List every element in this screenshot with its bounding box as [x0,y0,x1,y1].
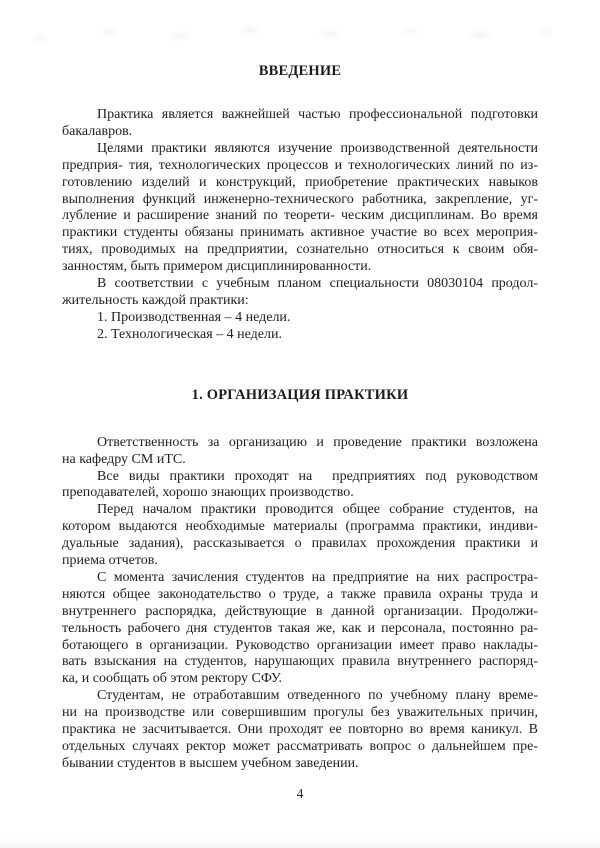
text-line: отдельных случаях ректор может рассматри… [62,739,538,756]
text-line: практика не засчитывается. Они проходят … [62,722,538,739]
paragraph: Студентам, не отработавшим отведенного п… [62,688,538,773]
text-line: жительность каждой практики: [62,293,538,310]
paragraph: Все виды практики проходят на предприяти… [62,469,538,503]
text-line: Все виды практики проходят на предприяти… [62,469,538,486]
text-line: практики студенты обязаны принимать акти… [62,225,538,242]
text-line: 2. Технологическая – 4 недели. [62,327,538,344]
text-line: тиях, проводимых на предприятии, сознате… [62,242,538,259]
page-number: 4 [0,786,600,802]
paragraph: В соответствии с учебным планом специаль… [62,276,538,310]
paragraph: С момента зачисления студентов на предпр… [62,570,538,688]
paragraph: 2. Технологическая – 4 недели. [62,327,538,344]
text-line: лубление и расширение знаний по теорети-… [62,208,538,225]
section: ВВЕДЕНИЕПрактика является важнейшей част… [62,62,538,344]
text-line: ка, и сообщать об этом ректору СФУ. [62,671,538,688]
text-line: котором выдаются необходимые материалы (… [62,519,538,536]
text-line: Студентам, не отработавшим отведенного п… [62,688,538,705]
text-line: няются общее законодательство о труде, а… [62,587,538,604]
text-line: преподавателей, хорошо знающих производс… [62,485,538,502]
text-line: 1. Производственная – 4 недели. [62,310,538,327]
text-line: готовлению изделий и конструкций, приобр… [62,175,538,192]
text-line: бывании студентов в высшем учебном завед… [62,756,538,773]
document-content: ВВЕДЕНИЕПрактика является важнейшей част… [62,0,538,773]
text-line: ни на производстве или совершившим прогу… [62,705,538,722]
text-line: ботающего в организации. Руководство орг… [62,638,538,655]
text-line: на кафедру СМ иТС. [62,452,538,469]
paragraph: 1. Производственная – 4 недели. [62,310,538,327]
text-line: внутреннего распорядка, действующие в да… [62,604,538,621]
text-line: занностям, быть примером дисциплинирован… [62,259,538,276]
text-line: Ответственность за организацию и проведе… [62,435,538,452]
text-line: Перед началом практики проводится общее … [62,502,538,519]
text-line: предприя- тия, технологических процессов… [62,158,538,175]
paragraph: Перед началом практики проводится общее … [62,502,538,570]
document-page: ВВЕДЕНИЕПрактика является важнейшей част… [0,0,600,848]
page-edge-shadow [0,838,600,848]
text-line: тельность рабочего дня студентов такая ж… [62,621,538,638]
section: 1. ОРГАНИЗАЦИЯ ПРАКТИКИОтветственность з… [62,386,538,773]
text-line: бакалавров. [62,124,538,141]
section-heading: 1. ОРГАНИЗАЦИЯ ПРАКТИКИ [62,386,538,404]
paragraph: Целями практики являются изучение произв… [62,141,538,276]
text-line: приема отчетов. [62,553,538,570]
text-line: вать взыскания на студентов, нарушающих … [62,654,538,671]
text-line: выполнения функций инженерно-техническог… [62,192,538,209]
paragraph: Ответственность за организацию и проведе… [62,435,538,469]
text-line: Целями практики являются изучение произв… [62,141,538,158]
text-line: дуальные задания), рассказывается о прав… [62,536,538,553]
paragraph: Практика является важнейшей частью профе… [62,107,538,141]
section-heading: ВВЕДЕНИЕ [62,62,538,80]
text-line: С момента зачисления студентов на предпр… [62,570,538,587]
text-line: Практика является важнейшей частью профе… [62,107,538,124]
text-line: В соответствии с учебным планом специаль… [62,276,538,293]
